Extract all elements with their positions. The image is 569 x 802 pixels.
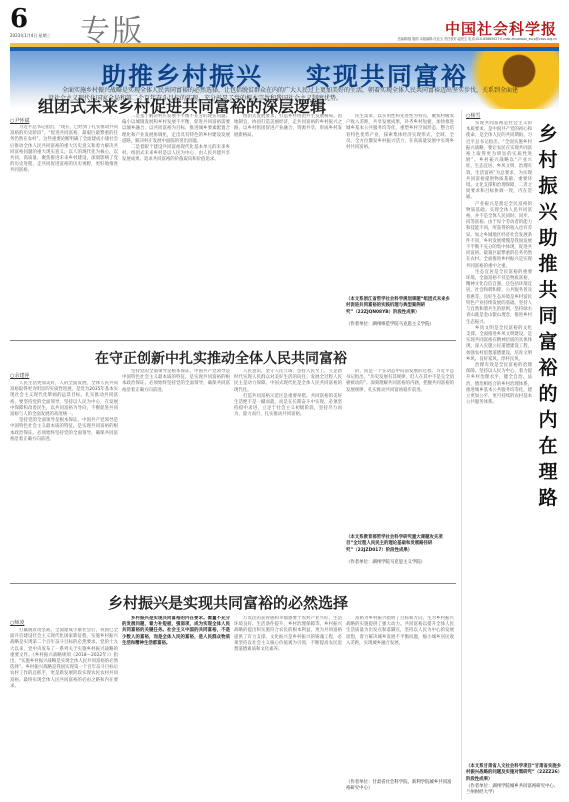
article-2-col-2: 坚持党的全面领导是根本保证。中国共产党领导是中国特色社会主义最本质的特征，是实现…	[122, 369, 230, 561]
article-3-affiliation: （作者单位：甘肃省社会科学院、新利学院城乡共同富裕研究中心）	[346, 780, 454, 793]
page-number: 6	[10, 4, 28, 34]
article-3-title: 乡村振兴是实现共同富裕的必然选择	[108, 592, 348, 613]
article-4-funding-note: （本文系甘肃省人文社会科学项目“甘肃省实施乡村振兴战略的问题及实施对策研究”（2…	[466, 764, 562, 783]
article-separator	[10, 583, 456, 584]
article-3-col-3: 万农民的获得感和幸福感要于农村产业兴旺、生活环境良好、生活条件提升，乡村治理保障…	[234, 616, 342, 798]
article-3-author: ○师凌	[10, 619, 24, 626]
article-2-affiliation: （作者单位：湖州学院马克思主义学院）	[346, 560, 454, 566]
article-4-body: 实现共同富裕是社会主义的本质要求，是中国共产党的初心和使命，是全体人民的共同期盼…	[466, 121, 532, 761]
article-4-vertical-title: 乡 村 振 兴 助 推 共 同 富 裕 的 内 在 理 路	[536, 121, 560, 511]
article-1-author: ○尹怀斌	[10, 117, 29, 124]
issue-date: 2023年1月4日 星期三	[10, 33, 51, 39]
article-2-title: 在守正创新中扎实推动全体人民共同富裕	[95, 348, 347, 368]
article-3-col-4: 富裕为乡村振兴指明了目标和方向，生为乡村振兴战略的实施提供了强大动力。共同富裕以…	[346, 616, 454, 776]
article-1-col-2: 二是基于解决村庄发展不平衡不充分的现实问题。偏小以城镇发展和乡村发展不平衡，促进…	[122, 114, 230, 324]
article-separator	[10, 340, 456, 341]
article-3-col-1: 打赢脱贫攻坚战、全面建成小康社会后，我国已全面开启建设社会主义现代化国家新征程，…	[10, 628, 118, 798]
editor-info: 总编辑/版 版面 本版编辑:沈佳玉 责任校对:温民生 电话:010-858850…	[397, 36, 557, 41]
masthead: 6 2023年1月4日 星期三 专版 中国社会科学报 总编辑/版 版面 本版编辑…	[0, 0, 569, 46]
article-4-affiliation: （作者单位：湖州学院城乡共同富裕研究中心、兰州财经大学）	[466, 784, 562, 797]
article-1-col-3: 组团式发展要求，打造乡村组团共生发展格局。因地制宜，协同打造美丽经济，走共同富裕…	[234, 114, 342, 324]
article-2-col-3: 人民意识，坚守人民立场，坚持人民至上，立足新时代实现人民群众对美好生活的向往。发…	[234, 369, 342, 561]
article-1-col-1: 习近平总书记指出，“现在，已经到了扎实推动共同富裕的历史阶段”。“促进共同富裕，…	[10, 125, 118, 325]
article-1-col-4: 民生需求，以实用性和先进性为特点，聚焦村级农户收入差距，共享发展成果，补齐乡村短…	[346, 114, 454, 294]
article-3-col-2: 乡村振兴是实现共同富裕的内在要求。衡量不充分的发展问题，着力补短板，强弱项，成为…	[122, 616, 230, 798]
column-divider	[461, 110, 462, 800]
article-2-funding-note: （本文系教育部哲学社会科学研究重大课题攻关项目“全过程人民民主的理论基础和发展路…	[346, 535, 454, 554]
article-2-col-1: 人民生活更加美好，人的全面发展，全体人民共同富裕取得更为明显的实质性进展，是党为…	[10, 381, 118, 561]
article-2-col-4: 的，而是一个在动态中向前发展的过程。习近平总书记指出，“历史发展有其规律，但人在…	[346, 369, 454, 529]
article-1-affiliation: （作者单位：湖州师范学院马克思主义学院）	[346, 322, 454, 328]
article-4-author: ○杨雪	[466, 112, 480, 119]
article-1-funding-note: （本文系浙江省哲学社会科学规划课题“组团式未来乡村促进共同富裕的实践机理与典型案…	[346, 297, 454, 316]
article-2-author: ○余建萍	[10, 372, 29, 379]
